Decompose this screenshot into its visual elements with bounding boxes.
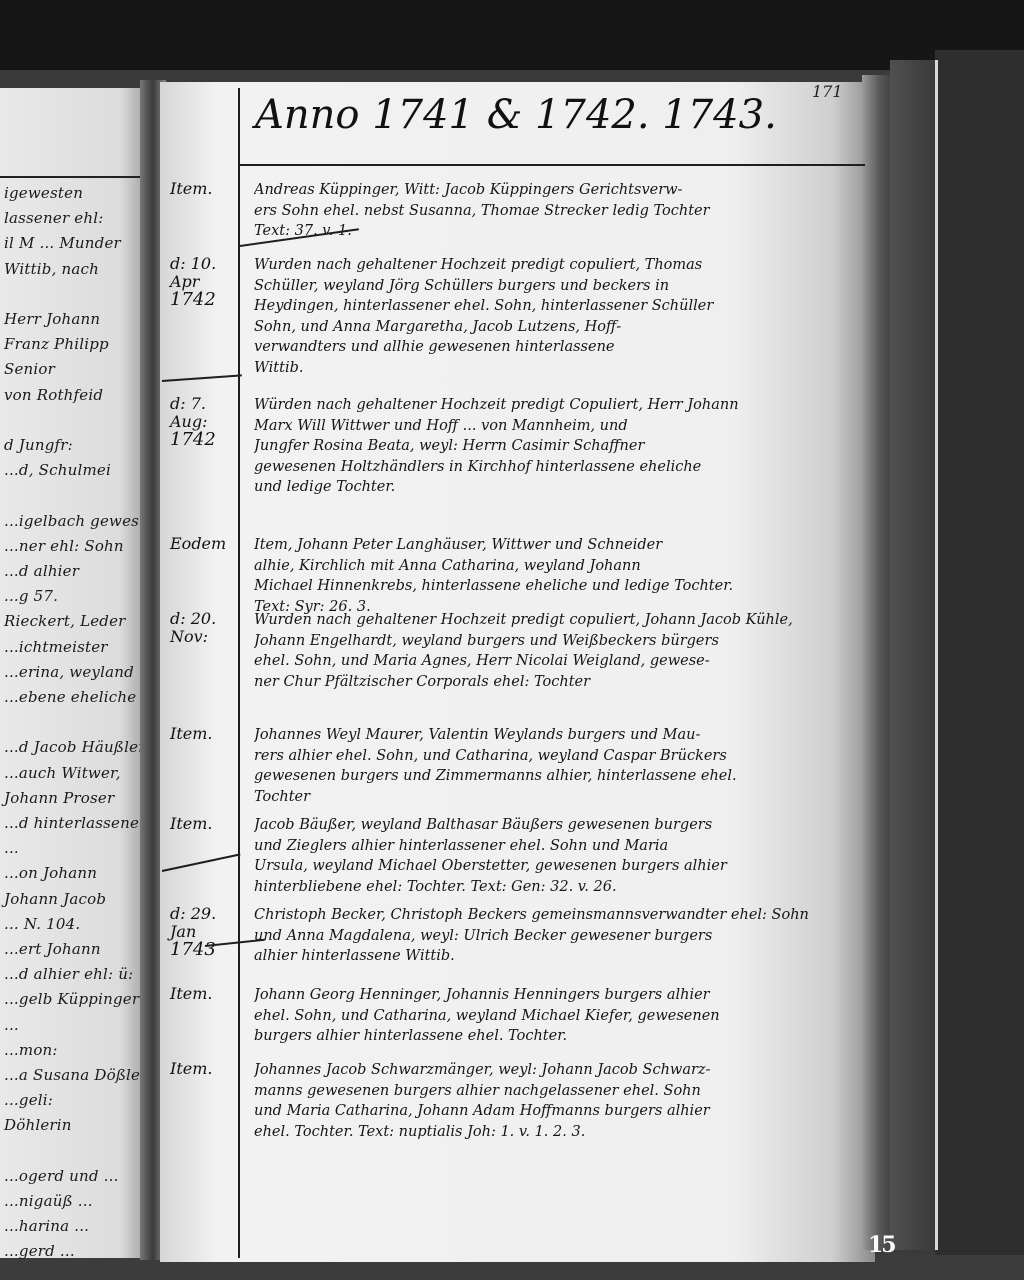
page-heading: Anno 1741 & 1742. 1743. xyxy=(255,92,855,138)
entry-line: Schüller, weyland Jörg Schüllers burgers… xyxy=(254,276,854,297)
entry-date-label: Eodem xyxy=(170,535,242,553)
left-page-line: lassener ehl: xyxy=(4,209,103,227)
left-page-line: ...harina ... xyxy=(4,1217,89,1235)
entry-line: ers Sohn ehel. nebst Susanna, Thomae Str… xyxy=(254,201,854,222)
entry-line: hinterbliebene ehel: Tochter. Text: Gen:… xyxy=(254,877,854,898)
left-page-line: ...ebene eheliche xyxy=(4,688,136,706)
entry-text: Jacob Bäußer, weyland Balthasar Bäußers … xyxy=(254,815,854,897)
entry-label-text: d: 7. Aug: xyxy=(170,394,208,431)
left-page-line: ...d alhier xyxy=(4,562,79,580)
entry-text: Item, Johann Peter Langhäuser, Wittwer u… xyxy=(254,535,854,617)
left-page-line: Senior xyxy=(4,360,55,378)
left-page-line: ...nigaüß ... xyxy=(4,1192,93,1210)
entry-date-label: d: 7. Aug:1742 xyxy=(170,395,242,449)
entry-line: alhie, Kirchlich mit Anna Catharina, wey… xyxy=(254,556,854,577)
left-page-line: ...ichtmeister xyxy=(4,638,108,656)
left-page-line: il M ... Munder xyxy=(4,234,121,252)
entry-line: Johannes Jacob Schwarzmänger, weyl: Joha… xyxy=(254,1060,854,1081)
left-page-line: Herr Johann xyxy=(4,310,100,328)
entry-line: Johannes Weyl Maurer, Valentin Weylands … xyxy=(254,725,854,746)
entry-line: alhier hinterlassene Wittib. xyxy=(254,946,854,967)
entry-date-label: d: 10. Apr1742 xyxy=(170,255,242,309)
entry-label-text: Item. xyxy=(170,724,212,743)
entry-date-label: d: 29. Jan1743 xyxy=(170,905,242,959)
left-page-line: ...igelbach gewes xyxy=(4,512,139,530)
previous-page-fragment: igewestenlassener ehl:il M ... MunderWit… xyxy=(0,88,150,1258)
entry-line: ehel. Sohn, und Maria Agnes, Herr Nicola… xyxy=(254,651,854,672)
entry-line: Jacob Bäußer, weyland Balthasar Bäußers … xyxy=(254,815,854,836)
left-page-line: ...ogerd und ... xyxy=(4,1167,119,1185)
entry-line: gewesenen Holtzhändlers in Kirchhof hint… xyxy=(254,457,854,478)
entry-label-text: d: 29. Jan xyxy=(170,904,216,941)
entry-date-label: Item. xyxy=(170,815,242,833)
scan-top-border xyxy=(0,0,1024,70)
page-stack-edge xyxy=(890,60,938,1250)
entry-date-label: Item. xyxy=(170,1060,242,1078)
left-page-line: ... xyxy=(4,839,19,857)
page-edge-shadow xyxy=(862,75,890,1250)
entry-line: und Anna Magdalena, weyl: Ulrich Becker … xyxy=(254,926,854,947)
entry-label-text: Item. xyxy=(170,984,212,1003)
entry-line: ehel. Sohn, und Catharina, weyland Micha… xyxy=(254,1006,854,1027)
entry-text: Würden nach gehaltener Hochzeit predigt … xyxy=(254,395,854,498)
entry-line: und ledige Tochter. xyxy=(254,477,854,498)
entry-line: Johann Georg Henninger, Johannis Henning… xyxy=(254,985,854,1006)
entry-text: Johannes Weyl Maurer, Valentin Weylands … xyxy=(254,725,854,807)
left-page-line: ...gerd ... xyxy=(4,1242,75,1260)
entry-line: gewesenen burgers und Zimmermanns alhier… xyxy=(254,766,854,787)
entry-line: Jungfer Rosina Beata, weyl: Herrn Casimi… xyxy=(254,436,854,457)
entry-year: 1742 xyxy=(170,431,242,449)
entry-label-text: Item. xyxy=(170,814,212,833)
left-page-line: igewesten xyxy=(4,184,83,202)
left-page-line: d Jungfr: xyxy=(4,436,73,454)
entry-text: Wurden nach gehaltener Hochzeit predigt … xyxy=(254,610,854,692)
frame-number-stamp: 15 xyxy=(868,1232,895,1258)
entry-line: verwandters und allhie gewesenen hinterl… xyxy=(254,337,854,358)
left-page-line: ...d alhier ehl: ü: xyxy=(4,965,133,983)
entry-line: Item, Johann Peter Langhäuser, Wittwer u… xyxy=(254,535,854,556)
left-page-line: Wittib, nach xyxy=(4,260,99,278)
left-page-line: Rieckert, Leder xyxy=(4,612,126,630)
entry-line: Wittib. xyxy=(254,358,854,379)
entry-line: Christoph Becker, Christoph Beckers geme… xyxy=(254,905,854,926)
entry-line: Johann Engelhardt, weyland burgers und W… xyxy=(254,631,854,652)
entry-line: Würden nach gehaltener Hochzeit predigt … xyxy=(254,395,854,416)
left-page-line: ...on Johann xyxy=(4,864,97,882)
entry-line: Wurden nach gehaltener Hochzeit predigt … xyxy=(254,610,854,631)
left-page-line: ... xyxy=(4,1016,19,1034)
left-page-line: ...d, Schulmei xyxy=(4,461,111,479)
scan-right-border xyxy=(935,50,1024,1280)
entry-line: burgers alhier hinterlassene ehel. Tocht… xyxy=(254,1026,854,1047)
left-page-line: ...mon: xyxy=(4,1041,58,1059)
left-page-line: ...d Jacob Häußler xyxy=(4,738,146,756)
heading-underline xyxy=(240,164,865,166)
entry-text: Wurden nach gehaltener Hochzeit predigt … xyxy=(254,255,854,378)
left-page-line: ...a Susana Dößler xyxy=(4,1066,148,1084)
entry-line: Ursula, weyland Michael Oberstetter, gew… xyxy=(254,856,854,877)
entry-label-text: Item. xyxy=(170,179,212,198)
left-page-line: ...ner ehl: Sohn xyxy=(4,537,124,555)
left-page-line: ...d hinterlassene xyxy=(4,814,139,832)
left-page-line: Franz Philipp xyxy=(4,335,109,353)
entry-line: Marx Will Wittwer und Hoff ... von Mannh… xyxy=(254,416,854,437)
left-page-line: ...auch Witwer, xyxy=(4,764,121,782)
left-page-line: von Rothfeid xyxy=(4,386,103,404)
entry-date-label: Item. xyxy=(170,985,242,1003)
entry-line: ehel. Tochter. Text: nuptialis Joh: 1. v… xyxy=(254,1122,854,1143)
left-page-line: ... N. 104. xyxy=(4,915,80,933)
entry-line: Tochter xyxy=(254,787,854,808)
left-page-line: ...g 57. xyxy=(4,587,58,605)
entry-label-text: d: 20. Nov: xyxy=(170,609,216,646)
entry-label-text: d: 10. Apr xyxy=(170,254,216,291)
entry-line: manns gewesenen burgers alhier nachgelas… xyxy=(254,1081,854,1102)
left-page-line: ...ert Johann xyxy=(4,940,101,958)
left-page-line: ...geli: xyxy=(4,1091,53,1109)
left-page-line: ...gelb Küppinger xyxy=(4,990,139,1008)
entry-date-label: Item. xyxy=(170,725,242,743)
entry-line: Heydingen, hinterlassener ehel. Sohn, hi… xyxy=(254,296,854,317)
left-page-line: ...erina, weyland xyxy=(4,663,134,681)
entry-text: Christoph Becker, Christoph Beckers geme… xyxy=(254,905,854,967)
entry-line: und Maria Catharina, Johann Adam Hoffman… xyxy=(254,1101,854,1122)
entry-date-label: Item. xyxy=(170,180,242,198)
entry-line: Sohn, und Anna Margaretha, Jacob Lutzens… xyxy=(254,317,854,338)
header-rule xyxy=(0,176,140,178)
page-number: 171 xyxy=(812,82,843,101)
entry-label-text: Item. xyxy=(170,1059,212,1078)
left-page-line: Johann Proser xyxy=(4,789,114,807)
entry-year: 1742 xyxy=(170,291,242,309)
entry-line: rers alhier ehel. Sohn, und Catharina, w… xyxy=(254,746,854,767)
entry-date-label: d: 20. Nov: xyxy=(170,610,242,646)
entry-text: Johannes Jacob Schwarzmänger, weyl: Joha… xyxy=(254,1060,854,1142)
left-page-line: Johann Jacob xyxy=(4,890,106,908)
entry-line: Andreas Küppinger, Witt: Jacob Küppinger… xyxy=(254,180,854,201)
entry-label-text: Eodem xyxy=(170,534,226,553)
entry-line: Wurden nach gehaltener Hochzeit predigt … xyxy=(254,255,854,276)
left-page-line: Döhlerin xyxy=(4,1116,72,1134)
entry-text: Johann Georg Henninger, Johannis Henning… xyxy=(254,985,854,1047)
entry-line: Michael Hinnenkrebs, hinterlassene eheli… xyxy=(254,576,854,597)
entry-line: ner Chur Pfältzischer Corporals ehel: To… xyxy=(254,672,854,693)
entry-line: und Zieglers alhier hinterlassener ehel.… xyxy=(254,836,854,857)
